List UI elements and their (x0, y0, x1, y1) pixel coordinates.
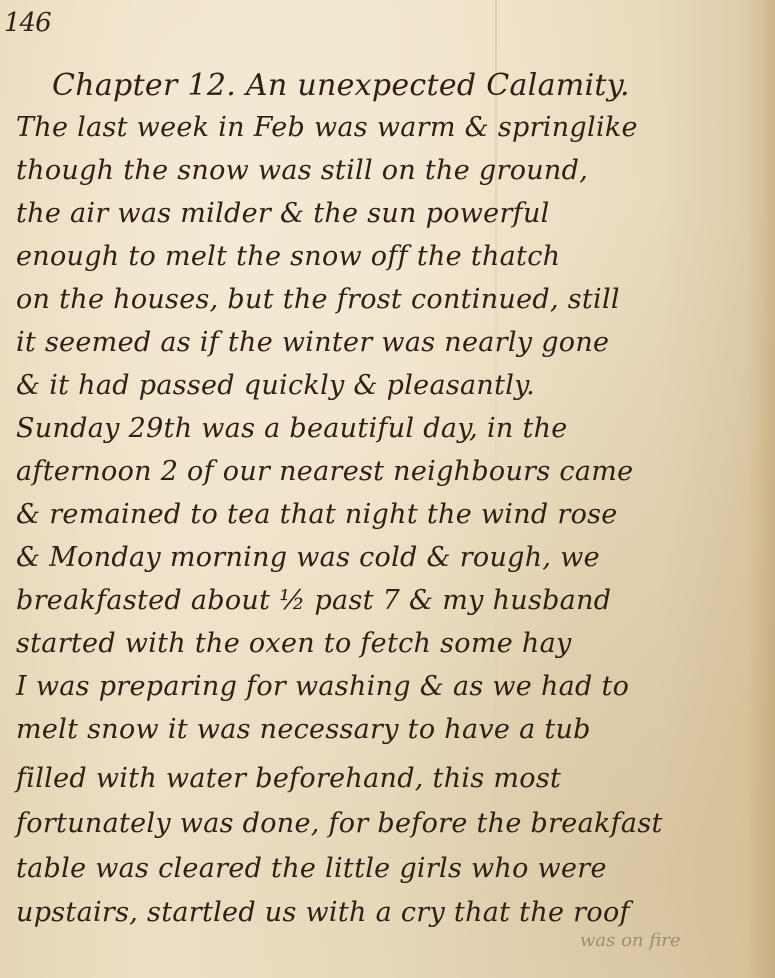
text-line: melt snow it was necessary to have a tub (16, 714, 591, 745)
text-line: on the houses, but the frost continued, … (16, 284, 620, 315)
text-line: breakfasted about ½ past 7 & my husband (16, 585, 611, 616)
text-line: afternoon 2 of our nearest neighbours ca… (16, 456, 633, 487)
pencil-marginal-note: was on fire (580, 930, 681, 951)
text-line: it seemed as if the winter was nearly go… (16, 327, 609, 358)
paper-edge-shadow (747, 0, 775, 978)
text-line: & it had passed quickly & pleasantly. (16, 370, 535, 401)
text-line: & Monday morning was cold & rough, we (16, 542, 600, 573)
text-line: enough to melt the snow off the thatch (16, 241, 560, 272)
text-line: I was preparing for washing & as we had … (16, 671, 629, 702)
text-line: The last week in Feb was warm & springli… (16, 112, 638, 143)
text-line: though the snow was still on the ground, (16, 155, 588, 186)
manuscript-page: 146 Chapter 12. An unexpected Calamity. … (0, 0, 775, 978)
page-number: 146 (4, 8, 51, 38)
text-line: table was cleared the little girls who w… (16, 853, 607, 884)
text-line: & remained to tea that night the wind ro… (16, 499, 618, 530)
chapter-heading: Chapter 12. An unexpected Calamity. (52, 68, 630, 103)
text-line: started with the oxen to fetch some hay (16, 628, 572, 659)
text-line: fortunately was done, for before the bre… (16, 808, 663, 839)
text-line: the air was milder & the sun powerful (16, 198, 550, 229)
text-line: filled with water beforehand, this most (16, 763, 561, 794)
text-line: Sunday 29th was a beautiful day, in the (16, 413, 568, 444)
text-line: upstairs, startled us with a cry that th… (16, 897, 630, 928)
